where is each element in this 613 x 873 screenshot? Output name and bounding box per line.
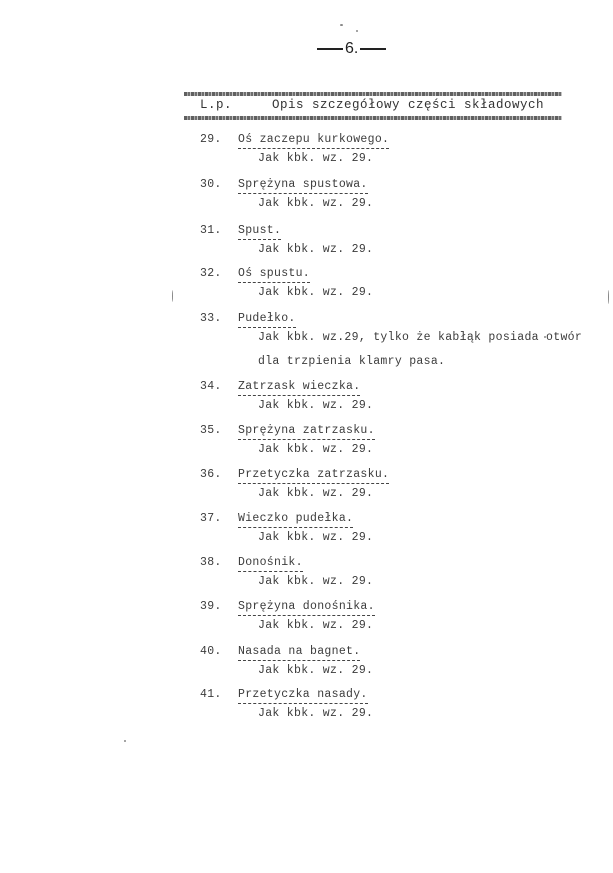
item-name: Nasada na bagnet. bbox=[238, 645, 360, 661]
item-name: Sprężyna donośnika. bbox=[238, 600, 375, 616]
item-description: Jak kbk. wz. 29. bbox=[258, 531, 373, 544]
header-col-lp: L.p. bbox=[200, 98, 272, 112]
item-number: 34. bbox=[200, 380, 238, 393]
item-description-continued: dla trzpienia klamry pasa. bbox=[258, 355, 582, 368]
item-number: 41. bbox=[200, 688, 238, 701]
item-number: 29. bbox=[200, 133, 238, 146]
item-name: Przetyczka nasady. bbox=[238, 688, 368, 704]
item-number: 35. bbox=[200, 424, 238, 437]
page-number-dash-right bbox=[360, 48, 386, 50]
list-item: 37.Wieczko pudełka.Jak kbk. wz. 29. bbox=[200, 512, 373, 544]
scan-mark bbox=[608, 290, 609, 304]
item-name: Spust. bbox=[238, 224, 281, 240]
item-description: Jak kbk. wz. 29. bbox=[258, 619, 375, 632]
list-item: 30.Sprężyna spustowa.Jak kbk. wz. 29. bbox=[200, 178, 373, 210]
item-name: Donośnik. bbox=[238, 556, 303, 572]
list-item: 31.Spust.Jak kbk. wz. 29. bbox=[200, 224, 373, 256]
list-item: 36.Przetyczka zatrzasku.Jak kbk. wz. 29. bbox=[200, 468, 389, 500]
header-rule-top bbox=[184, 92, 562, 96]
item-description: Jak kbk. wz. 29. bbox=[258, 399, 373, 412]
list-item: 35.Sprężyna zatrzasku.Jak kbk. wz. 29. bbox=[200, 424, 375, 456]
item-name: Pudełko. bbox=[238, 312, 296, 328]
item-description: Jak kbk. wz. 29. bbox=[258, 487, 389, 500]
item-name: Wieczko pudełka. bbox=[238, 512, 353, 528]
item-description: Jak kbk. wz. 29. bbox=[258, 443, 375, 456]
list-item: 41.Przetyczka nasady.Jak kbk. wz. 29. bbox=[200, 688, 373, 720]
page-number: 6. bbox=[315, 40, 388, 58]
item-number: 39. bbox=[200, 600, 238, 613]
header-rule-bottom bbox=[184, 116, 562, 120]
item-number: 36. bbox=[200, 468, 238, 481]
item-name: Oś spustu. bbox=[238, 267, 310, 283]
item-number: 38. bbox=[200, 556, 238, 569]
item-description: Jak kbk. wz. 29. bbox=[258, 707, 373, 720]
item-number: 40. bbox=[200, 645, 238, 658]
list-item: 40.Nasada na bagnet.Jak kbk. wz. 29. bbox=[200, 645, 373, 677]
item-description: Jak kbk. wz. 29. bbox=[258, 664, 373, 677]
list-item: 33.Pudełko.Jak kbk. wz.29, tylko że kabł… bbox=[200, 312, 582, 368]
item-number: 31. bbox=[200, 224, 238, 237]
scan-speck bbox=[340, 24, 343, 26]
scan-speck bbox=[356, 30, 358, 32]
list-item: 29.Oś zaczepu kurkowego.Jak kbk. wz. 29. bbox=[200, 133, 389, 165]
item-name: Przetyczka zatrzasku. bbox=[238, 468, 389, 484]
item-number: 32. bbox=[200, 267, 238, 280]
header-col-desc: Opis szczegółowy części składowych bbox=[272, 98, 544, 112]
item-number: 30. bbox=[200, 178, 238, 191]
item-number: 37. bbox=[200, 512, 238, 525]
item-name: Sprężyna spustowa. bbox=[238, 178, 368, 194]
item-name: Oś zaczepu kurkowego. bbox=[238, 133, 389, 149]
item-number: 33. bbox=[200, 312, 238, 325]
scan-mark bbox=[172, 290, 173, 302]
scan-speck bbox=[124, 740, 126, 742]
item-name: Zatrzask wieczka. bbox=[238, 380, 360, 396]
page-number-text: 6. bbox=[345, 40, 358, 58]
item-description: Jak kbk. wz. 29. bbox=[258, 243, 373, 256]
item-description: Jak kbk. wz. 29. bbox=[258, 575, 373, 588]
item-description: Jak kbk. wz. 29. bbox=[258, 152, 389, 165]
item-description: Jak kbk. wz. 29. bbox=[258, 197, 373, 210]
scan-speck bbox=[544, 336, 546, 338]
list-item: 38.Donośnik.Jak kbk. wz. 29. bbox=[200, 556, 373, 588]
page-number-dash-left bbox=[317, 48, 343, 50]
table-header: L.p.Opis szczegółowy części składowych bbox=[200, 98, 544, 112]
item-description: Jak kbk. wz.29, tylko że kabłąk posiada … bbox=[258, 331, 582, 344]
item-description: Jak kbk. wz. 29. bbox=[258, 286, 373, 299]
list-item: 34.Zatrzask wieczka.Jak kbk. wz. 29. bbox=[200, 380, 373, 412]
list-item: 39.Sprężyna donośnika.Jak kbk. wz. 29. bbox=[200, 600, 375, 632]
list-item: 32.Oś spustu.Jak kbk. wz. 29. bbox=[200, 267, 373, 299]
item-name: Sprężyna zatrzasku. bbox=[238, 424, 375, 440]
